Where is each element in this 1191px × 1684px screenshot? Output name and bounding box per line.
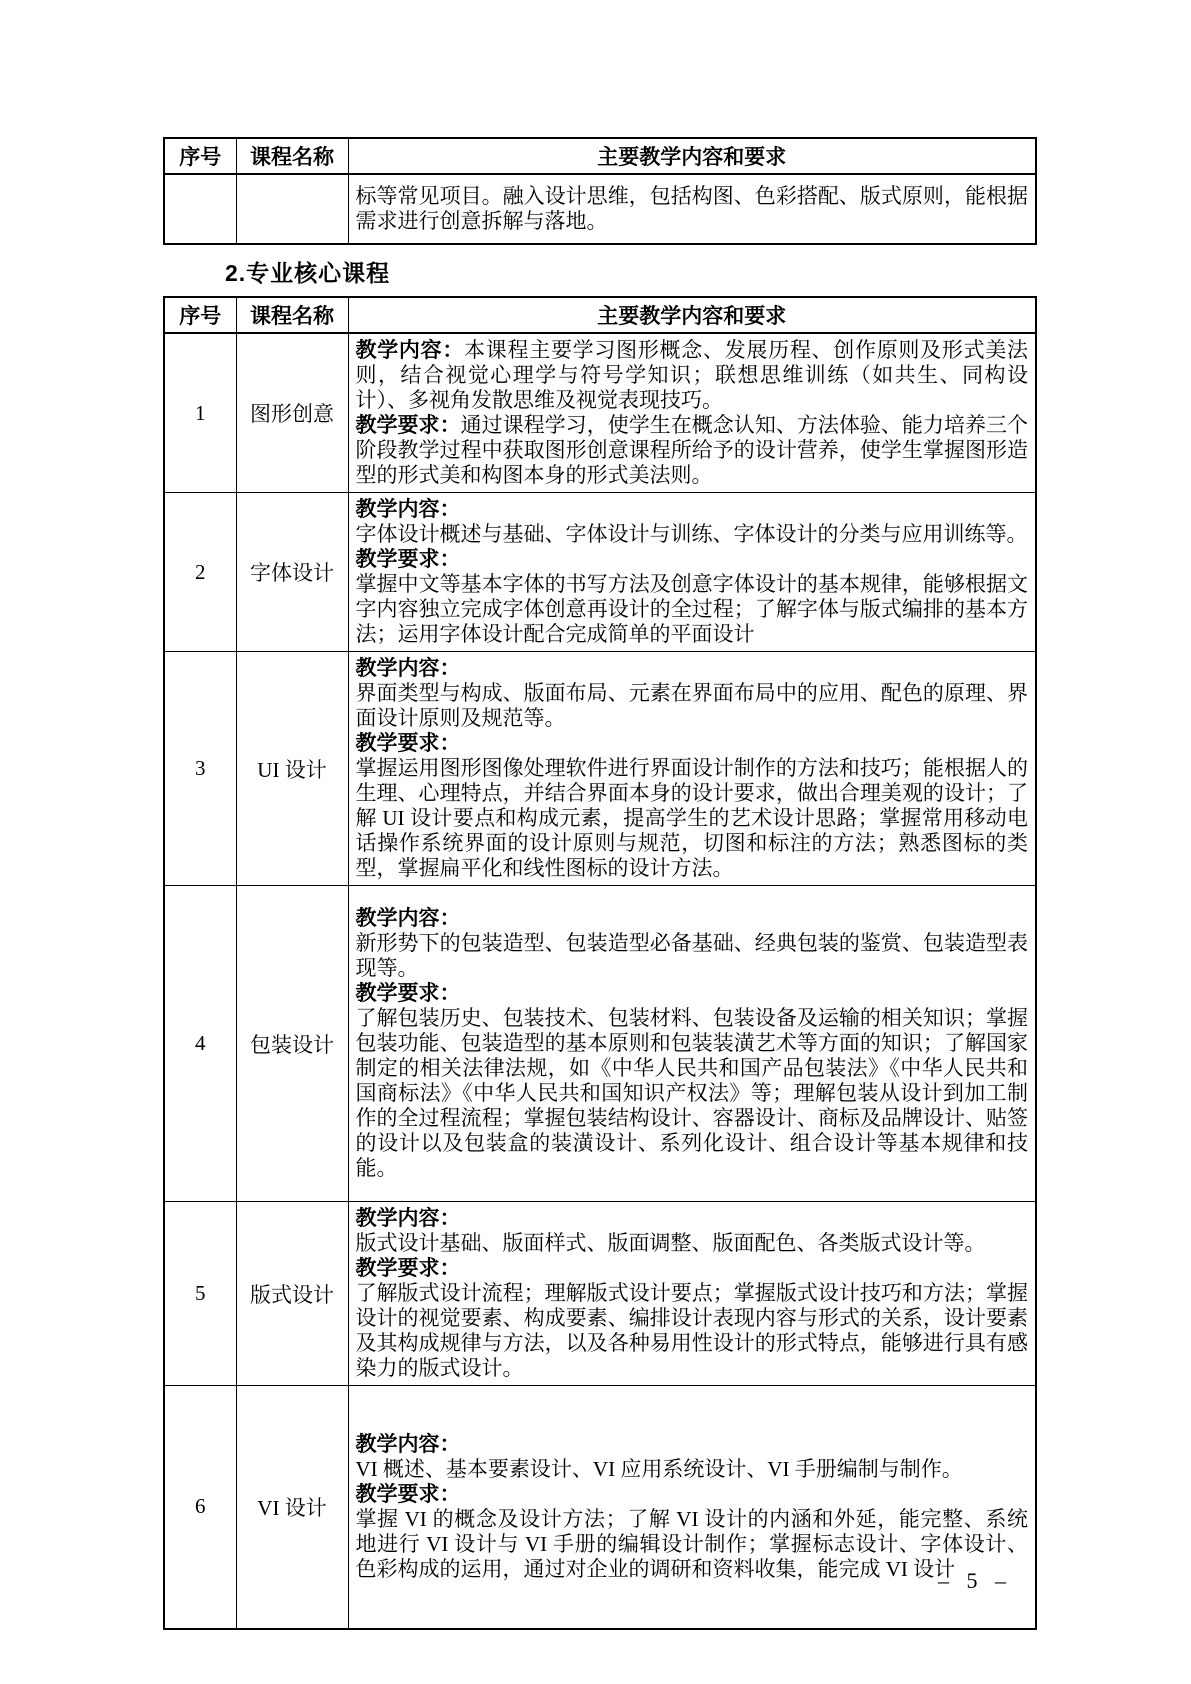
cell-course-name — [236, 174, 348, 244]
teaching-requirement-text: 掌握中文等基本字体的书写方法及创意字体设计的基本规律，能够根据文字内容独立完成字… — [356, 572, 1029, 646]
table-row-course-3: 3 UI 设计 教学内容：界面类型与构成、版面布局、元素在界面布局中的应用、配色… — [164, 652, 1036, 886]
header-cell-number: 序号 — [164, 138, 236, 174]
teaching-requirement-segment: 教学要求：了解版式设计流程；理解版式设计要点；掌握版式设计技巧和方法；掌握设计的… — [356, 1256, 1029, 1380]
header-cell-course-name: 课程名称 — [236, 297, 348, 333]
cell-number: 5 — [164, 1202, 236, 1386]
teaching-content-segment: 教学内容：字体设计概述与基础、字体设计与训练、字体设计的分类与应用训练等。 — [356, 497, 1029, 546]
teaching-content-text: VI 概述、基本要素设计、VI 应用系统设计、VI 手册编制与制作。 — [356, 1457, 963, 1481]
core-courses-table: 序号 课程名称 主要教学内容和要求 1 图形创意 教学内容：本课程主要学习图形概… — [163, 296, 1037, 1630]
cell-content-text: 教学内容：界面类型与构成、版面布局、元素在界面布局中的应用、配色的原理、界面设计… — [348, 652, 1036, 886]
teaching-content-segment: 教学内容：界面类型与构成、版面布局、元素在界面布局中的应用、配色的原理、界面设计… — [356, 656, 1029, 730]
cell-content-text: 教学内容：新形势下的包装造型、包装造型必备基础、经典包装的鉴赏、包装造型表现等。… — [348, 886, 1036, 1202]
teaching-requirement-text: 掌握运用图形图像处理软件进行界面设计制作的方法和技巧；能根据人的生理、心理特点，… — [356, 756, 1029, 880]
teaching-content-label: 教学内容： — [356, 906, 1029, 931]
cell-course-name: 字体设计 — [236, 493, 348, 652]
cell-number — [164, 174, 236, 244]
teaching-content-label: 教学内容： — [356, 339, 465, 362]
teaching-requirement-segment: 教学要求：了解包装历史、包装技术、包装材料、包装设备及运输的相关知识；掌握包装功… — [356, 981, 1029, 1180]
cell-course-name: 版式设计 — [236, 1202, 348, 1386]
teaching-requirement-label: 教学要求： — [356, 414, 461, 437]
header-cell-course-name: 课程名称 — [236, 138, 348, 174]
cell-course-name: UI 设计 — [236, 652, 348, 886]
cell-course-name: 图形创意 — [236, 333, 348, 493]
cell-content-text: 教学内容：VI 概述、基本要素设计、VI 应用系统设计、VI 手册编制与制作。 … — [348, 1386, 1036, 1629]
section-heading: 2.专业核心课程 — [225, 255, 1037, 288]
teaching-content-text: 新形势下的包装造型、包装造型必备基础、经典包装的鉴赏、包装造型表现等。 — [356, 931, 1029, 980]
teaching-requirement-segment: 教学要求：掌握 VI 的概念及设计方法；了解 VI 设计的内涵和外延，能完整、系… — [356, 1482, 1029, 1581]
teaching-content-text: 界面类型与构成、版面布局、元素在界面布局中的应用、配色的原理、界面设计原则及规范… — [356, 681, 1029, 730]
teaching-content-text: 字体设计概述与基础、字体设计与训练、字体设计的分类与应用训练等。 — [356, 522, 1028, 546]
cell-number: 1 — [164, 333, 236, 493]
teaching-requirement-text: 掌握 VI 的概念及设计方法；了解 VI 设计的内涵和外延，能完整、系统地进行 … — [356, 1507, 1029, 1581]
table-header-row: 序号 课程名称 主要教学内容和要求 — [164, 138, 1036, 174]
teaching-content-segment: 教学内容：VI 概述、基本要素设计、VI 应用系统设计、VI 手册编制与制作。 — [356, 1432, 1029, 1481]
cell-course-name: VI 设计 — [236, 1386, 348, 1629]
cell-content-text: 教学内容：本课程主要学习图形概念、发展历程、创作原则及形式美法则，结合视觉心理学… — [348, 333, 1036, 493]
teaching-content-label: 教学内容： — [356, 1432, 1029, 1457]
teaching-requirement-label: 教学要求： — [356, 1256, 1029, 1281]
teaching-content-segment: 教学内容：新形势下的包装造型、包装造型必备基础、经典包装的鉴赏、包装造型表现等。 — [356, 906, 1029, 980]
cell-content-text: 标等常见项目。融入设计思维，包括构图、色彩搭配、版式原则，能根据需求进行创意拆解… — [348, 174, 1036, 244]
teaching-requirement-label: 教学要求： — [356, 731, 1029, 756]
teaching-requirement-label: 教学要求： — [356, 547, 1029, 572]
table-row-course-5: 5 版式设计 教学内容：版式设计基础、版面样式、版面调整、版面配色、各类版式设计… — [164, 1202, 1036, 1386]
teaching-requirement-label: 教学要求： — [356, 1482, 1029, 1507]
teaching-content-label: 教学内容： — [356, 497, 1029, 522]
cell-course-name: 包装设计 — [236, 886, 348, 1202]
teaching-requirement-text: 了解包装历史、包装技术、包装材料、包装设备及运输的相关知识；掌握包装功能、包装造… — [356, 1006, 1029, 1180]
teaching-requirement-label-wrap: 教学要求：通过课程学习，使学生在概念认知、方法体验、能力培养三个阶段教学过程中获… — [356, 413, 1029, 488]
teaching-content-label: 教学内容： — [356, 656, 1029, 681]
continuation-table: 序号 课程名称 主要教学内容和要求 标等常见项目。融入设计思维，包括构图、色彩搭… — [163, 137, 1037, 245]
table-row-course-1: 1 图形创意 教学内容：本课程主要学习图形概念、发展历程、创作原则及形式美法则，… — [164, 333, 1036, 493]
table-header-row: 序号 课程名称 主要教学内容和要求 — [164, 297, 1036, 333]
header-cell-number: 序号 — [164, 297, 236, 333]
cell-number: 4 — [164, 886, 236, 1202]
teaching-content-segment: 教学内容：本课程主要学习图形概念、发展历程、创作原则及形式美法则，结合视觉心理学… — [356, 338, 1029, 412]
teaching-requirement-segment: 教学要求：掌握运用图形图像处理软件进行界面设计制作的方法和技巧；能根据人的生理、… — [356, 731, 1029, 880]
table-row-course-6: 6 VI 设计 教学内容：VI 概述、基本要素设计、VI 应用系统设计、VI 手… — [164, 1386, 1036, 1629]
teaching-requirement-text: 了解版式设计流程；理解版式设计要点；掌握版式设计技巧和方法；掌握设计的视觉要素、… — [356, 1281, 1029, 1380]
teaching-content-label: 教学内容： — [356, 1206, 1029, 1231]
table-row-course-4: 4 包装设计 教学内容：新形势下的包装造型、包装造型必备基础、经典包装的鉴赏、包… — [164, 886, 1036, 1202]
cell-number: 3 — [164, 652, 236, 886]
table-row-course-2: 2 字体设计 教学内容：字体设计概述与基础、字体设计与训练、字体设计的分类与应用… — [164, 493, 1036, 652]
teaching-requirement-segment: 教学要求：通过课程学习，使学生在概念认知、方法体验、能力培养三个阶段教学过程中获… — [356, 413, 1029, 488]
cell-content-text: 教学内容：字体设计概述与基础、字体设计与训练、字体设计的分类与应用训练等。 教学… — [348, 493, 1036, 652]
teaching-requirement-label: 教学要求： — [356, 981, 1029, 1006]
cell-content-text: 教学内容：版式设计基础、版面样式、版面调整、版面配色、各类版式设计等。 教学要求… — [348, 1202, 1036, 1386]
page-number: – 5 – — [938, 1568, 1012, 1594]
teaching-requirement-segment: 教学要求：掌握中文等基本字体的书写方法及创意字体设计的基本规律，能够根据文字内容… — [356, 547, 1029, 646]
teaching-content-text: 版式设计基础、版面样式、版面调整、版面配色、各类版式设计等。 — [356, 1231, 986, 1255]
cell-number: 2 — [164, 493, 236, 652]
cell-number: 6 — [164, 1386, 236, 1629]
document-page: 序号 课程名称 主要教学内容和要求 标等常见项目。融入设计思维，包括构图、色彩搭… — [163, 137, 1037, 1630]
header-cell-content: 主要教学内容和要求 — [348, 138, 1036, 174]
table-row: 标等常见项目。融入设计思维，包括构图、色彩搭配、版式原则，能根据需求进行创意拆解… — [164, 174, 1036, 244]
header-cell-content: 主要教学内容和要求 — [348, 297, 1036, 333]
teaching-content-segment: 教学内容：版式设计基础、版面样式、版面调整、版面配色、各类版式设计等。 — [356, 1206, 1029, 1255]
